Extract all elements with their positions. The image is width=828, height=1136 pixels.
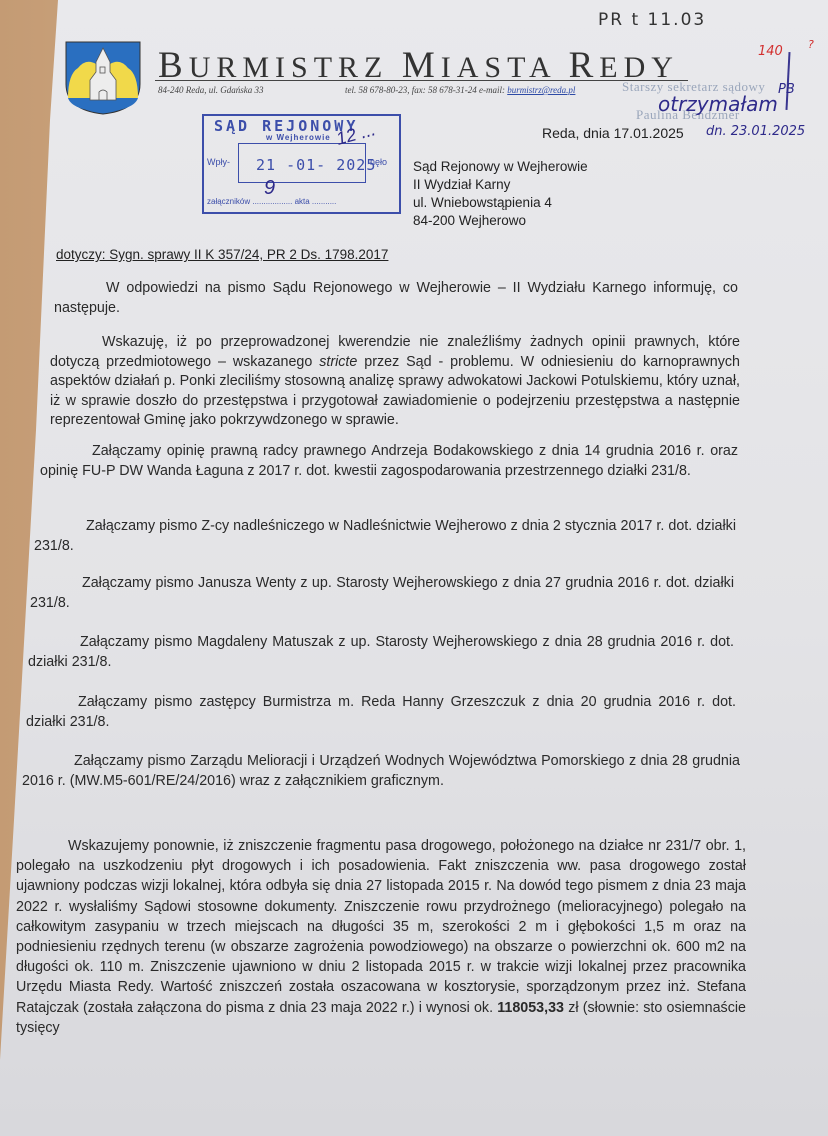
letter-page: BURMISTRZ MIASTA REDY 84-240 Reda, ul. G… bbox=[0, 0, 828, 1136]
damage-amount: 118053,33 bbox=[497, 1000, 564, 1016]
letterhead-address: 84-240 Reda, ul. Gdańska 33 bbox=[158, 85, 264, 95]
coat-of-arms-church-icon bbox=[64, 40, 142, 116]
paragraph-attachment-5: Załączamy pismo zastępcy Burmistrza m. R… bbox=[26, 693, 736, 732]
handwritten-initials: PB bbox=[778, 82, 795, 97]
recipient-line: II Wydział Karny bbox=[413, 176, 588, 194]
handwritten-red-number: 140 bbox=[758, 44, 783, 59]
letterhead-rule bbox=[155, 80, 688, 81]
recipient-line: Sąd Rejonowy w Wejherowie bbox=[413, 158, 588, 176]
handwritten-reference: PR t 11.03 bbox=[598, 10, 706, 30]
recipient-line: 84-200 Wejherowo bbox=[413, 212, 588, 230]
subject-line: dotyczy: Sygn. sprawy II K 357/24, PR 2 … bbox=[56, 247, 388, 262]
stamp-attachments-count: 9 bbox=[264, 177, 275, 200]
paragraph-attachment-2: Załączamy pismo Z-cy nadleśniczego w Nad… bbox=[34, 517, 736, 556]
handwritten-received-date: dn. 23.01.2025 bbox=[706, 124, 805, 139]
paragraph-attachment-1: Załączamy opinię prawną radcy prawnego A… bbox=[40, 442, 738, 481]
letter-date: Reda, dnia 17.01.2025 bbox=[542, 125, 684, 141]
paragraph-damage-description: Wskazujemy ponownie, iż zniszczenie frag… bbox=[16, 836, 746, 1038]
stamp-court-city: w Wejherowie bbox=[266, 133, 331, 142]
court-receipt-stamp: SĄD REJONOWY w Wejherowie Wpły- 21 -01- … bbox=[202, 114, 401, 214]
handwritten-red-mark: ? bbox=[808, 38, 814, 51]
stamp-received-label-left: Wpły- bbox=[207, 157, 230, 167]
letterhead-contact: tel. 58 678-80-23, fax: 58 678-31-24 e-m… bbox=[345, 85, 575, 95]
paragraph-attachment-6: Załączamy pismo Zarządu Melioracji i Urz… bbox=[22, 752, 740, 791]
stamp-received-label-right: nęło bbox=[370, 157, 387, 167]
paragraph-legal-opinions: Wskazuję, iż po przeprowadzonej kwerendz… bbox=[50, 333, 740, 431]
contact-phone-fax: tel. 58 678-80-23, fax: 58 678-31-24 e-m… bbox=[345, 85, 507, 95]
paragraph-attachment-4: Załączamy pismo Magdaleny Matuszak z up.… bbox=[28, 633, 734, 672]
handwritten-stroke bbox=[785, 52, 790, 110]
recipient-line: ul. Wniebowstąpienia 4 bbox=[413, 194, 588, 212]
recipient-address: Sąd Rejonowy w Wejherowie II Wydział Kar… bbox=[413, 158, 588, 230]
handwritten-received-note: otrzymałam bbox=[658, 92, 778, 116]
paragraph-intro: W odpowiedzi na pismo Sądu Rejonowego w … bbox=[54, 279, 738, 318]
paragraph-attachment-3: Załączamy pismo Janusza Wenty z up. Star… bbox=[30, 574, 734, 613]
stamp-received-date: 21 -01- 2025 bbox=[256, 156, 376, 174]
email-link[interactable]: burmistrz@reda.pl bbox=[507, 85, 575, 95]
